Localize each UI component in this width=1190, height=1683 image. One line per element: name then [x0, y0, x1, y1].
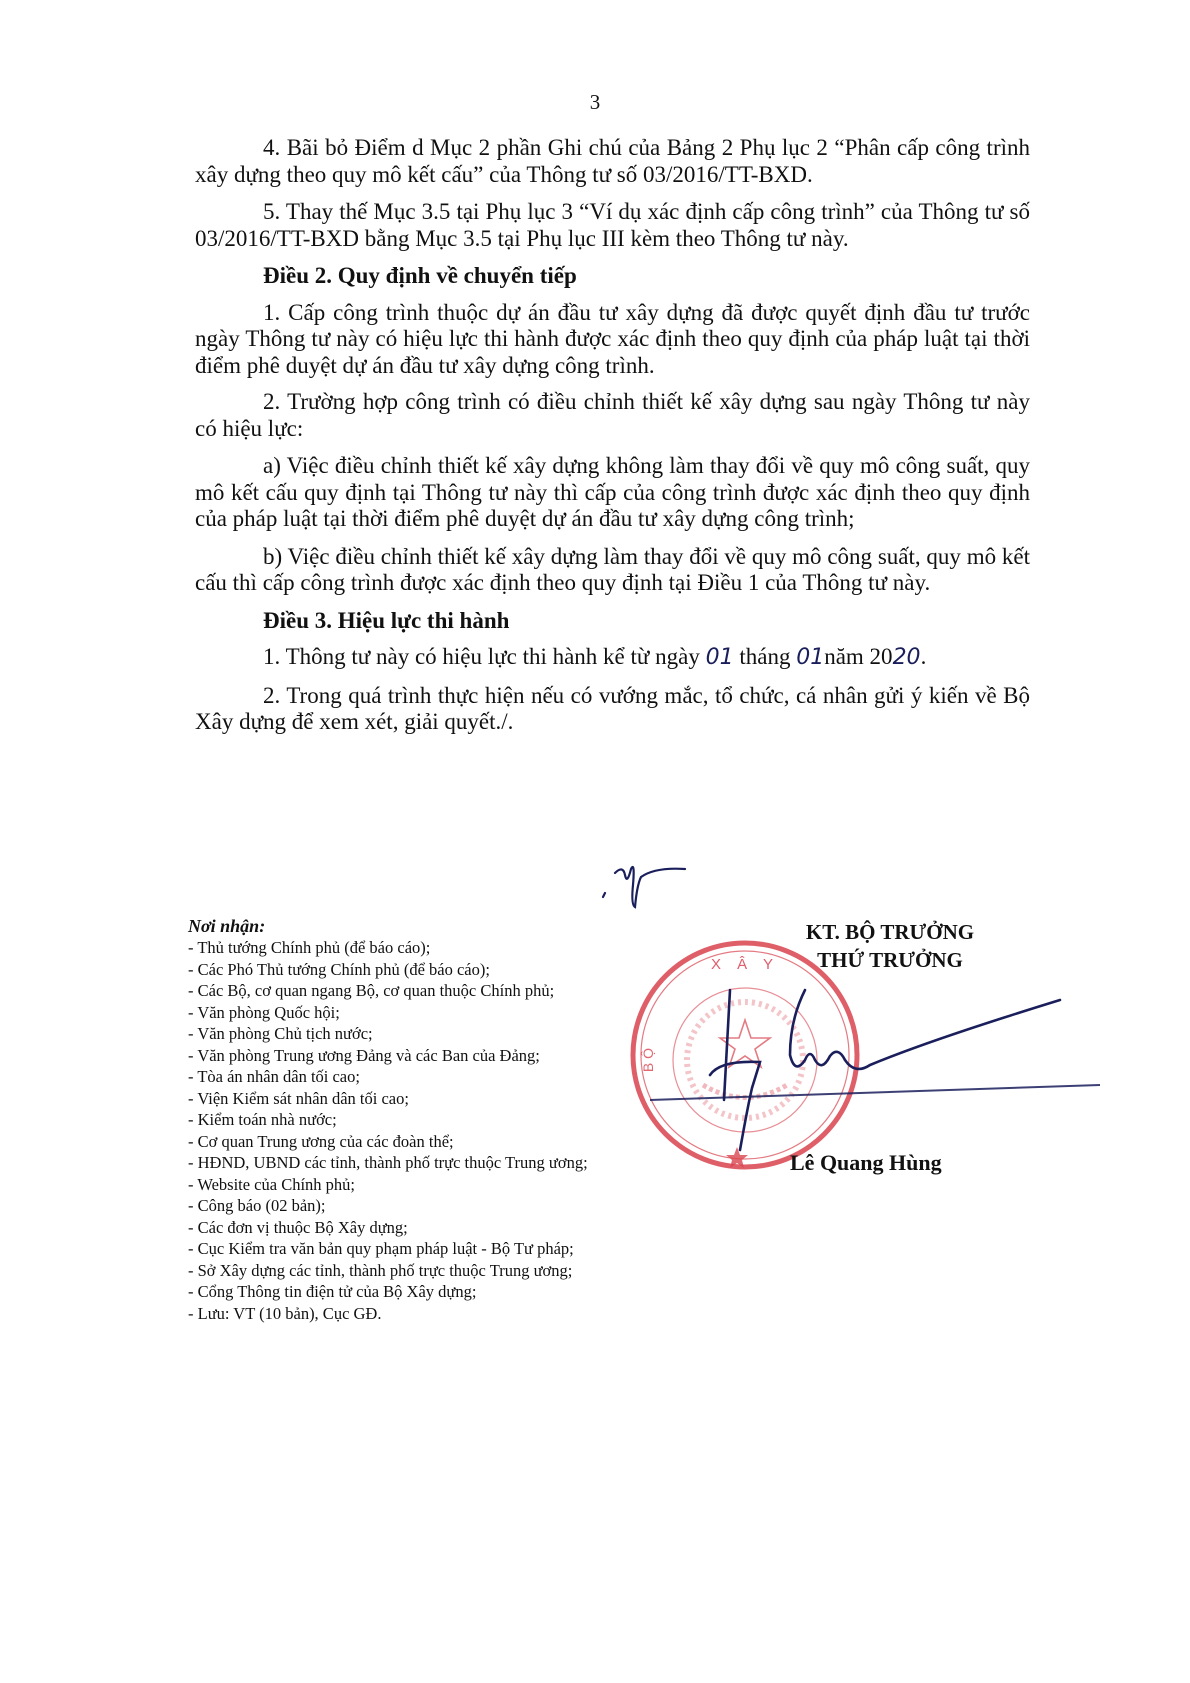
article-2-clause-2: 2. Trường hợp công trình có điều chỉnh t…	[195, 389, 1030, 442]
period: .	[921, 644, 927, 669]
svg-text:X Â Y: X Â Y	[711, 956, 779, 973]
list-item: - Văn phòng Trung ương Đảng và các Ban c…	[188, 1045, 668, 1067]
list-item: - Các đơn vị thuộc Bộ Xây dựng;	[188, 1217, 668, 1239]
list-item: - Cục Kiểm tra văn bản quy phạm pháp luậ…	[188, 1238, 668, 1260]
article-2-clause-1: 1. Cấp công trình thuộc dự án đầu tư xây…	[195, 300, 1030, 380]
signer-name: Lê Quang Hùng	[790, 1150, 942, 1176]
list-item: - Thủ tướng Chính phủ (để báo cáo);	[188, 937, 668, 959]
paragraph-item-4: 4. Bãi bỏ Điểm d Mục 2 phần Ghi chú của …	[195, 135, 1030, 188]
article-2-clause-2b: b) Việc điều chỉnh thiết kế xây dựng làm…	[195, 544, 1030, 597]
month-label: tháng	[734, 644, 797, 669]
effective-date-prefix: 1. Thông tư này có hiệu lực thi hành kể …	[263, 644, 706, 669]
page-number: 3	[0, 90, 1190, 115]
recipients-title: Nơi nhận:	[188, 915, 668, 937]
list-item: - Các Bộ, cơ quan ngang Bộ, cơ quan thuộ…	[188, 980, 668, 1002]
handwritten-month: 01	[796, 645, 824, 670]
list-item: - Lưu: VT (10 bản), Cục GĐ.	[188, 1303, 668, 1325]
initials-mark-icon	[585, 855, 695, 915]
handwritten-signature-icon	[640, 980, 1100, 1170]
list-item: - Cơ quan Trung ương của các đoàn thể;	[188, 1131, 668, 1153]
article-3-heading: Điều 3. Hiệu lực thi hành	[195, 608, 1030, 635]
list-item: - Công báo (02 bản);	[188, 1195, 668, 1217]
list-item: - Website của Chính phủ;	[188, 1174, 668, 1196]
list-item: - Văn phòng Quốc hội;	[188, 1002, 668, 1024]
year-label: năm 20	[824, 644, 892, 669]
recipients-items: - Thủ tướng Chính phủ (để báo cáo); - Cá…	[188, 937, 668, 1324]
document-page: 3 4. Bãi bỏ Điểm d Mục 2 phần Ghi chú củ…	[0, 0, 1190, 1683]
paragraph-item-5: 5. Thay thế Mục 3.5 tại Phụ lục 3 “Ví dụ…	[195, 199, 1030, 252]
list-item: - Cổng Thông tin điện tử của Bộ Xây dựng…	[188, 1281, 668, 1303]
list-item: - Sở Xây dựng các tỉnh, thành phố trực t…	[188, 1260, 668, 1282]
list-item: - Viện Kiểm sát nhân dân tối cao;	[188, 1088, 668, 1110]
list-item: - Văn phòng Chủ tịch nước;	[188, 1023, 668, 1045]
list-item: - Tòa án nhân dân tối cao;	[188, 1066, 668, 1088]
article-3-clause-1: 1. Thông tư này có hiệu lực thi hành kể …	[195, 644, 1030, 672]
document-body: 4. Bãi bỏ Điểm d Mục 2 phần Ghi chú của …	[195, 135, 1030, 747]
list-item: - HĐND, UBND các tỉnh, thành phố trực th…	[188, 1152, 668, 1174]
article-2-clause-2a: a) Việc điều chỉnh thiết kế xây dựng khô…	[195, 453, 1030, 533]
list-item: - Các Phó Thủ tướng Chính phủ (để báo cá…	[188, 959, 668, 981]
handwritten-day: 01	[706, 645, 734, 670]
handwritten-year: 20	[893, 645, 921, 670]
list-item: - Kiểm toán nhà nước;	[188, 1109, 668, 1131]
recipients-list: Nơi nhận: - Thủ tướng Chính phủ (để báo …	[188, 915, 668, 1324]
article-3-clause-2: 2. Trong quá trình thực hiện nếu có vướn…	[195, 683, 1030, 736]
article-2-heading: Điều 2. Quy định về chuyển tiếp	[195, 263, 1030, 290]
